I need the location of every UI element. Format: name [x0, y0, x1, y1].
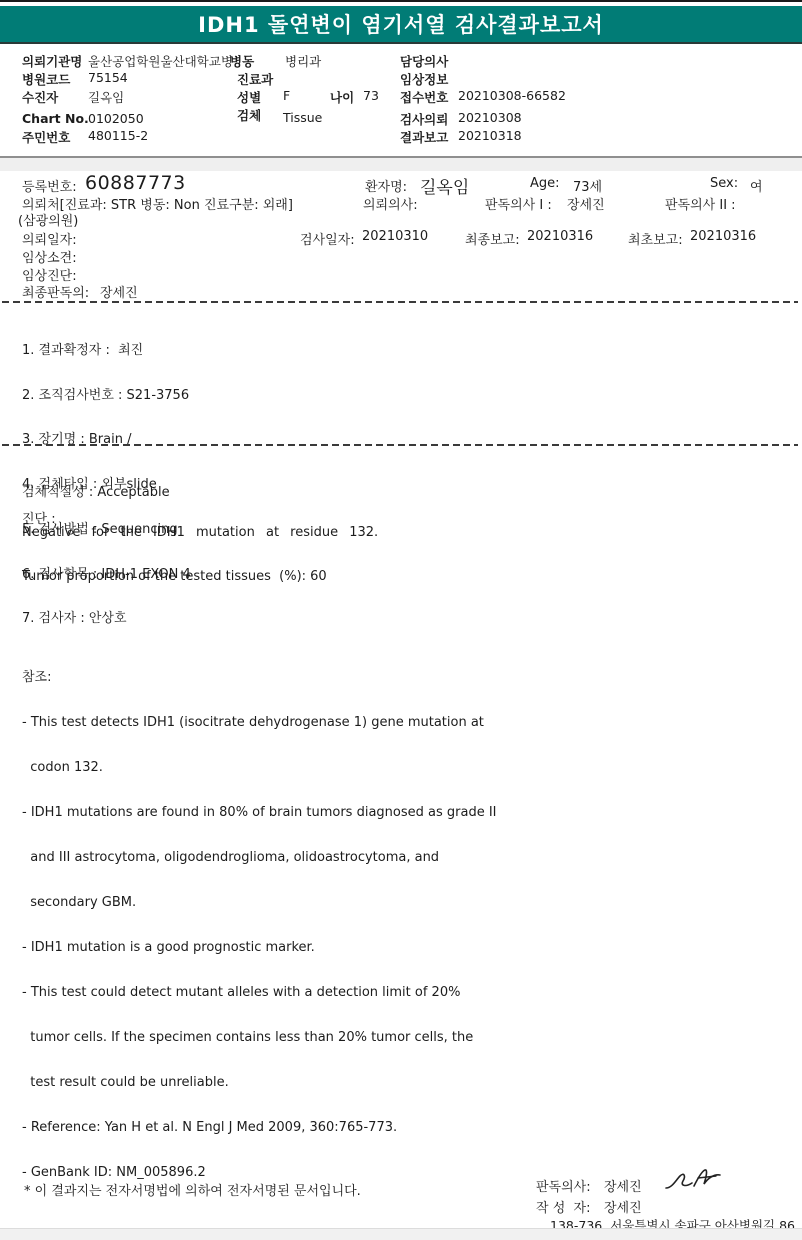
org-value: 울산공업학원울산대학교병 — [88, 52, 233, 70]
report-title: IDH1 돌연변이 염기서열 검사결과보고서 — [198, 9, 604, 39]
chart-no-value: 0102050 — [88, 111, 144, 126]
footer-reader-label: 판독의사: — [536, 1176, 591, 1195]
reference-line: tumor cells. If the specimen contains le… — [22, 1030, 497, 1045]
final-reader-label: 최종판독의: — [22, 282, 89, 301]
report-date-value: 20210318 — [458, 128, 522, 143]
clinic-line: (삼광의원) — [18, 210, 78, 229]
report-date-label: 결과보고 — [400, 128, 448, 146]
patient-label: 수진자 — [22, 88, 58, 106]
request-date-label: 검사의뢰 — [400, 110, 448, 128]
reader2-label: 판독의사 II : — [665, 194, 736, 213]
band-sex-label: Sex: — [710, 176, 738, 191]
reference-line: - This test could detect mutant alleles … — [22, 985, 497, 1000]
exam-date-label: 검사일자: — [300, 229, 355, 248]
org-label: 의뢰기관명 — [22, 52, 82, 70]
reference-line: secondary GBM. — [22, 895, 497, 910]
reference-section: 참조: - This test detects IDH1 (isocitrate… — [22, 640, 497, 1210]
tumor-proportion-line: Tumor proportion of the tested tissues (… — [22, 569, 327, 584]
diagnosis-text: Negative for the IDH1 mutation at residu… — [22, 525, 378, 540]
list-item: 1. 결과확정자 : 최진 — [22, 344, 191, 359]
bottom-margin-bar — [0, 1228, 802, 1240]
hosp-code-label: 병원코드 — [22, 70, 70, 88]
reference-line: and III astrocytoma, oligodendroglioma, … — [22, 850, 497, 865]
footer-reader-value: 장세진 — [604, 1176, 642, 1195]
first-report-label: 최초보고: — [628, 229, 683, 248]
accession-value: 20210308-66582 — [458, 88, 566, 103]
exam-date-value: 20210310 — [362, 229, 428, 244]
patient-name-label: 환자명: — [365, 176, 407, 195]
dept-label: 진료과 — [237, 70, 273, 88]
reference-line: - GenBank ID: NM_005896.2 — [22, 1165, 497, 1180]
sex-value: F — [283, 88, 290, 103]
specimen-label: 검체 — [237, 106, 261, 124]
reference-line: codon 132. — [22, 760, 497, 775]
hosp-code-value: 75154 — [88, 70, 128, 85]
esign-note: * 이 결과지는 전자서명법에 의하여 전자서명된 문서입니다. — [24, 1180, 361, 1199]
dashed-divider-2 — [2, 444, 798, 446]
accession-label: 접수번호 — [400, 88, 448, 106]
specimen-adequacy-line: 검체적절성 : Acceptable — [22, 481, 170, 500]
reference-line: test result could be unreliable. — [22, 1075, 497, 1090]
footer-writer-value: 장세진 — [604, 1197, 642, 1216]
report-title-bar: IDH1 돌연변이 염기서열 검사결과보고서 — [0, 6, 802, 44]
ward-value: 병리과 — [285, 52, 321, 70]
chart-no-label: Chart No. — [22, 111, 89, 126]
ward-label: 병동 — [230, 52, 254, 70]
doctor-label: 담당의사 — [400, 52, 448, 70]
final-report-value: 20210316 — [527, 229, 593, 244]
band-age-label: Age: — [530, 176, 560, 191]
request-date-value: 20210308 — [458, 110, 522, 125]
request-date2-label: 의뢰일자: — [22, 229, 77, 248]
reader1-label: 판독의사 I : — [485, 194, 552, 213]
reader1-value: 장세진 — [567, 194, 605, 213]
reference-line: - IDH1 mutations are found in 80% of bra… — [22, 805, 497, 820]
request-doctor-label: 의뢰의사: — [363, 194, 418, 213]
final-reader-value: 장세진 — [100, 282, 138, 301]
signature-image — [664, 1166, 728, 1196]
list-item: 7. 검사자 : 안상호 — [22, 612, 191, 627]
rrn-value: 480115-2 — [88, 128, 148, 143]
list-item: 2. 조직검사번호 : S21-3756 — [22, 389, 191, 404]
band-sex-value: 여 — [750, 176, 763, 195]
reference-line: - IDH1 mutation is a good prognostic mar… — [22, 940, 497, 955]
patient-value: 길옥임 — [88, 88, 124, 106]
section-divider-band — [0, 156, 802, 171]
clinical-info-label: 임상정보 — [400, 70, 448, 88]
final-report-label: 최종보고: — [465, 229, 520, 248]
first-report-value: 20210316 — [690, 229, 756, 244]
reference-line: - Reference: Yan H et al. N Engl J Med 2… — [22, 1120, 497, 1135]
rrn-label: 주민번호 — [22, 128, 70, 146]
patient-name-value: 길옥임 — [420, 173, 469, 198]
reference-line: - This test detects IDH1 (isocitrate deh… — [22, 715, 497, 730]
dashed-divider-1 — [2, 301, 798, 303]
specimen-value: Tissue — [283, 110, 322, 125]
reg-no-value: 60887773 — [85, 172, 186, 194]
age-value: 73 — [363, 88, 379, 103]
sex-label: 성별 — [237, 88, 261, 106]
reference-title: 참조: — [22, 670, 497, 685]
age-label: 나이 — [330, 88, 354, 106]
top-edge-line — [0, 0, 802, 2]
band-age-value: 73세 — [573, 176, 602, 195]
report-page: IDH1 돌연변이 염기서열 검사결과보고서 의뢰기관명 울산공업학원울산대학교… — [0, 0, 802, 1240]
clinical-opinion-label: 임상소견: — [22, 247, 77, 266]
footer-writer-label: 작 성 자: — [536, 1197, 590, 1216]
reg-no-label: 등록번호: — [22, 176, 77, 195]
